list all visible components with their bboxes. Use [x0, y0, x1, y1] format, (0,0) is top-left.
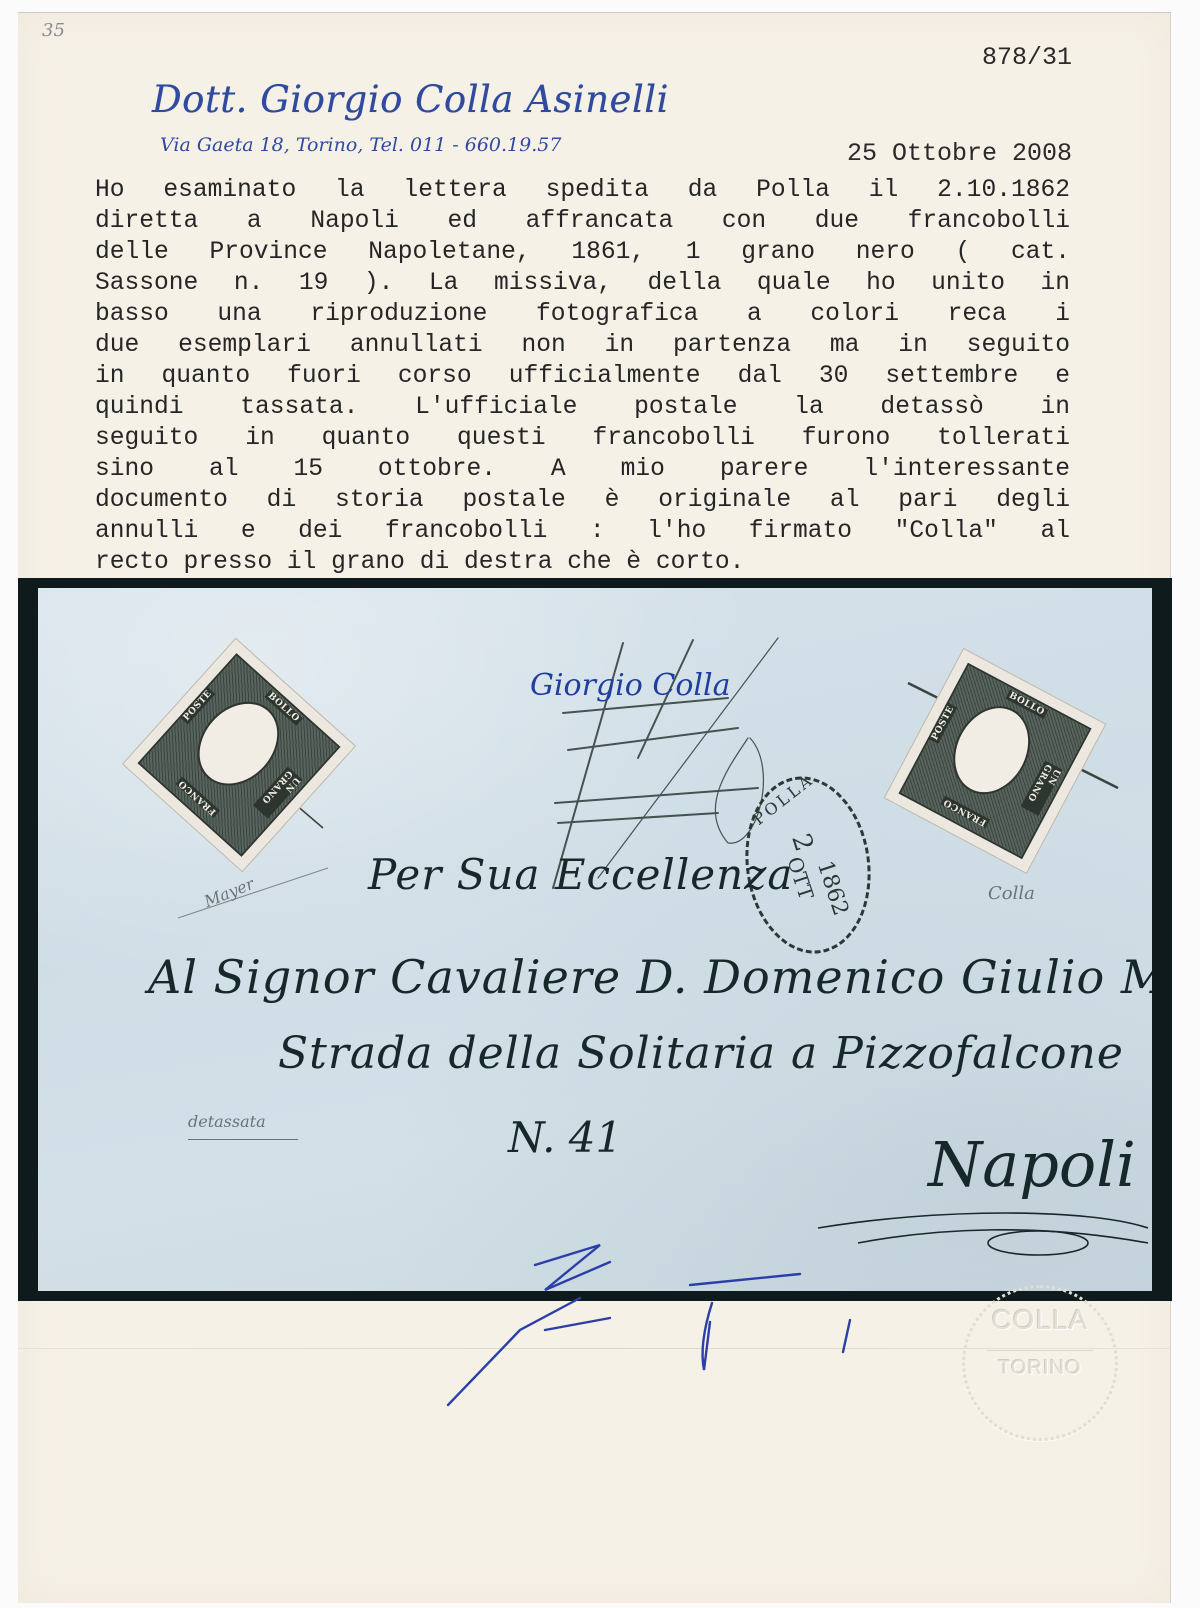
address-line-recipient: Al Signor Cavaliere D. Domenico Giulio M…: [148, 950, 1152, 1004]
address-line-salutation: Per Sua Eccellenza: [368, 850, 793, 899]
certificate-body-text: Ho esaminato la lettera spedita da Polla…: [95, 175, 1070, 578]
body-line: diretta a Napoli ed affrancata con due f…: [95, 206, 1070, 237]
pencil-number: 35: [42, 20, 65, 41]
body-line: recto presso il grano di destra che è co…: [95, 547, 1070, 578]
body-line: sino al 15 ottobre. A mio parere l'inter…: [95, 454, 1070, 485]
body-line: in quanto fuori corso ufficialmente dal …: [95, 361, 1070, 392]
pencil-detassata-note: detassata: [188, 1112, 298, 1140]
body-line: documento di storia postale è originale …: [95, 485, 1070, 516]
body-line: delle Province Napoletane, 1861, 1 grano…: [95, 237, 1070, 268]
certificate-reference-number: 878/31: [982, 43, 1072, 72]
certificate-date: 25 Ottobre 2008: [847, 139, 1072, 168]
body-line: annulli e dei francobolli : l'ho firmato…: [95, 516, 1070, 547]
body-line: due esemplari annullati non in partenza …: [95, 330, 1070, 361]
blind-stamp-name: COLLA: [987, 1304, 1093, 1336]
letterhead-address: Via Gaeta 18, Torino, Tel. 011 - 660.19.…: [160, 134, 561, 156]
postmark-year: 1862: [812, 858, 853, 919]
body-line: Sassone n. 19 ). La missiva, della quale…: [95, 268, 1070, 299]
blind-stamp-city: TORINO: [987, 1350, 1093, 1380]
address-line-city: Napoli: [928, 1128, 1136, 1201]
pencil-colla-mark: Colla: [988, 883, 1035, 904]
body-line: basso una riproduzione fotografica a col…: [95, 299, 1070, 330]
embossed-blind-stamp: COLLA TORINO: [962, 1285, 1118, 1441]
address-line-street: Strada della Solitaria a Pizzofalcone: [278, 1028, 1124, 1079]
body-line: seguito in quanto questi francobolli fur…: [95, 423, 1070, 454]
body-line: quindi tassata. L'ufficiale postale la d…: [95, 392, 1070, 423]
body-line: Ho esaminato la lettera spedita da Polla…: [95, 175, 1070, 206]
address-line-number: N. 41: [508, 1113, 622, 1162]
letterhead-expert-name: Dott. Giorgio Colla Asinelli: [152, 78, 669, 121]
expert-signature: Giorgio Colla: [530, 668, 730, 703]
